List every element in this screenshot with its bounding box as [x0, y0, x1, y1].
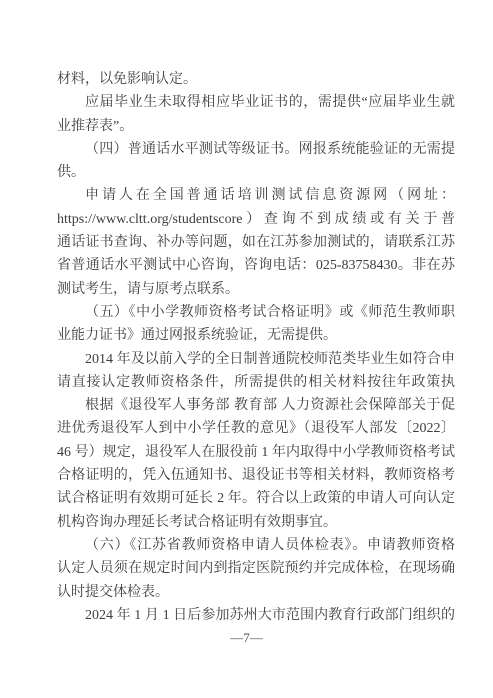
text-line: （六）《江苏省教师资格申请人员体检表》。申请教师资格: [57, 534, 455, 557]
text-line: 应届毕业生未取得相应毕业证书的，需提供“应届毕业生就: [57, 91, 455, 114]
text-line: 认定人员须在规定时间内到指定医院预约并完成体检，在现场确: [57, 557, 455, 580]
text-line: https://www.cltt.org/studentscore）查询不到成绩…: [57, 208, 455, 231]
text-line: 认时提交体检表。: [57, 581, 455, 604]
text-line: 业推荐表”。: [57, 115, 455, 138]
document-text: 材料，以免影响认定。应届毕业生未取得相应毕业证书的，需提供“应届毕业生就业推荐表…: [57, 68, 455, 627]
text-line: 2014 年及以前入学的全日制普通院校师范类毕业生如符合申: [57, 348, 455, 371]
text-line: 供。: [57, 161, 455, 184]
text-line: 请直接认定教师资格条件，所需提供的相关材料按往年政策执行。: [57, 371, 455, 394]
text-line: 试合格证明有效期可延长 2 年。符合以上政策的申请人可向认定: [57, 487, 455, 510]
text-line: 2024 年 1 月 1 日后参加苏州大市范围内教育行政部门组织的: [57, 604, 455, 627]
text-line: 进优秀退役军人到中小学任教的意见》（退役军人部发〔2022〕: [57, 417, 455, 440]
text-line: （五）《中小学教师资格考试合格证明》或《师范生教师职: [57, 301, 455, 324]
text-line: 46 号）规定，退役军人在服役前 1 年内取得中小学教师资格考试: [57, 441, 455, 464]
text-line: 机构咨询办理延长考试合格证明有效期事宜。: [57, 511, 455, 534]
text-line: 材料，以免影响认定。: [57, 68, 455, 91]
text-line: 通话证书查询、补办等问题，如在江苏参加测试的，请联系江苏: [57, 231, 455, 254]
page-number: —7—: [0, 629, 493, 646]
text-line: 合格证明的，凭入伍通知书、退役证书等相关材料，教师资格考: [57, 464, 455, 487]
text-line: 根据《退役军人事务部 教育部 人力资源社会保障部关于促: [57, 394, 455, 417]
document-page: 材料，以免影响认定。应届毕业生未取得相应毕业证书的，需提供“应届毕业生就业推荐表…: [0, 0, 493, 698]
text-line: 申请人在全国普通话培训测试信息资源网（网址：: [57, 184, 455, 207]
text-line: 业能力证书》通过网报系统验证，无需提供。: [57, 324, 455, 347]
text-line: 省普通话水平测试中心咨询，咨询电话：025-83758430。非在苏: [57, 254, 455, 277]
text-line: （四）普通话水平测试等级证书。网报系统能验证的无需提: [57, 138, 455, 161]
text-line: 测试考生，请与原考点联系。: [57, 278, 455, 301]
